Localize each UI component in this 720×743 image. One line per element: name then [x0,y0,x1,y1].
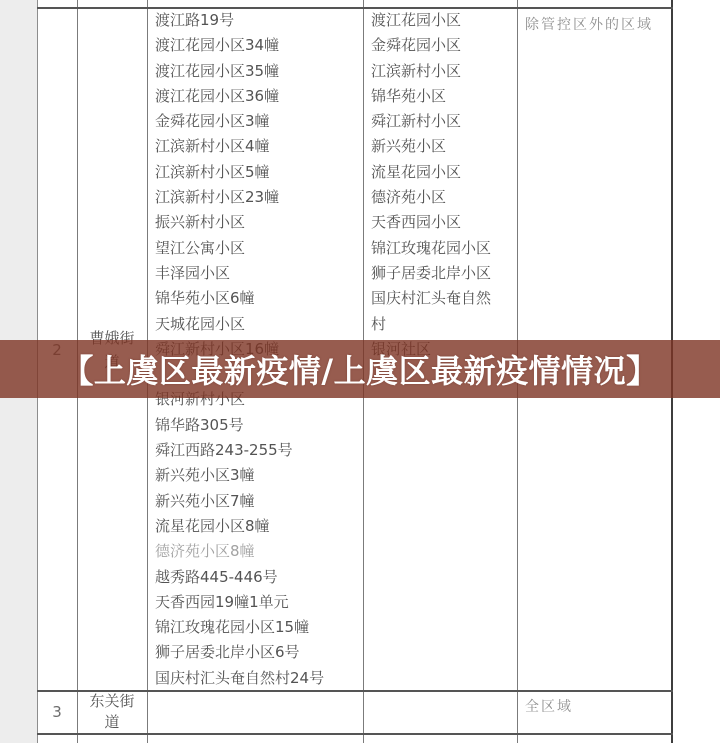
list-item: 锦江玫瑰花园小区15幢 [155,615,355,640]
list-item: 渡江花园小区35幢 [155,59,355,84]
list-item: 新兴苑小区 [371,134,503,159]
list-item: 锦江玫瑰花园小区 [371,236,503,261]
row-border-bottom [37,733,673,735]
list-item: 金舜花园小区 [371,33,503,58]
list-item: 流星花园小区 [371,160,503,185]
row2-community-list: 渡江花园小区金舜花园小区江滨新村小区锦华苑小区舜江新村小区新兴苑小区流星花园小区… [371,8,503,387]
list-item: 新兴苑小区7幢 [155,489,355,514]
list-item: 狮子居委北岸小区 [371,261,503,286]
list-item: 舜江新村小区 [371,109,503,134]
list-item: 新兴苑小区3幢 [155,463,355,488]
list-item: 狮子居委北岸小区6号 [155,640,355,665]
list-item: 江滨新村小区 [371,59,503,84]
list-item: 锦华苑小区 [371,84,503,109]
list-item: 望江公寓小区 [155,236,355,261]
list-item: 天城花园小区 [155,312,355,337]
row3-street-cell: 东关街道 [78,690,146,733]
banner-overlay: 【上虞区最新疫情/上虞区最新疫情情况】 [0,340,720,398]
row3-index-cell: 3 [37,690,77,733]
list-item: 越秀路445-446号 [155,565,355,590]
list-item: 德济苑小区8幢 [155,539,355,564]
list-item: 锦华路305号 [155,413,355,438]
list-item: 天香西园小区 [371,210,503,235]
banner-title: 【上虞区最新疫情/上虞区最新疫情情况】 [61,346,658,392]
row3-street-name: 东关街道 [86,691,138,733]
list-item: 舜江西路243-255号 [155,438,355,463]
list-item: 渡江路19号 [155,8,355,33]
list-item: 天香西园19幢1单元 [155,590,355,615]
list-item: 锦华苑小区6幢 [155,286,355,311]
list-item: 渡江花园小区34幢 [155,33,355,58]
list-item: 振兴新村小区 [155,210,355,235]
list-item: 德济苑小区 [371,185,503,210]
list-item: 江滨新村小区4幢 [155,134,355,159]
list-item: 江滨新村小区5幢 [155,160,355,185]
list-item: 金舜花园小区3幢 [155,109,355,134]
list-item: 江滨新村小区23幢 [155,185,355,210]
list-item: 丰泽园小区 [155,261,355,286]
list-item: 国庆村汇头奄自然村 [371,286,503,337]
list-item: 流星花园小区8幢 [155,514,355,539]
row3-zone-cell: 全区域 [525,696,675,716]
list-item: 国庆村汇头奄自然村24号 [155,666,355,691]
row2-zone-cell: 除管控区外的区域 [525,13,675,37]
list-item: 渡江花园小区36幢 [155,84,355,109]
list-item: 渡江花园小区 [371,8,503,33]
